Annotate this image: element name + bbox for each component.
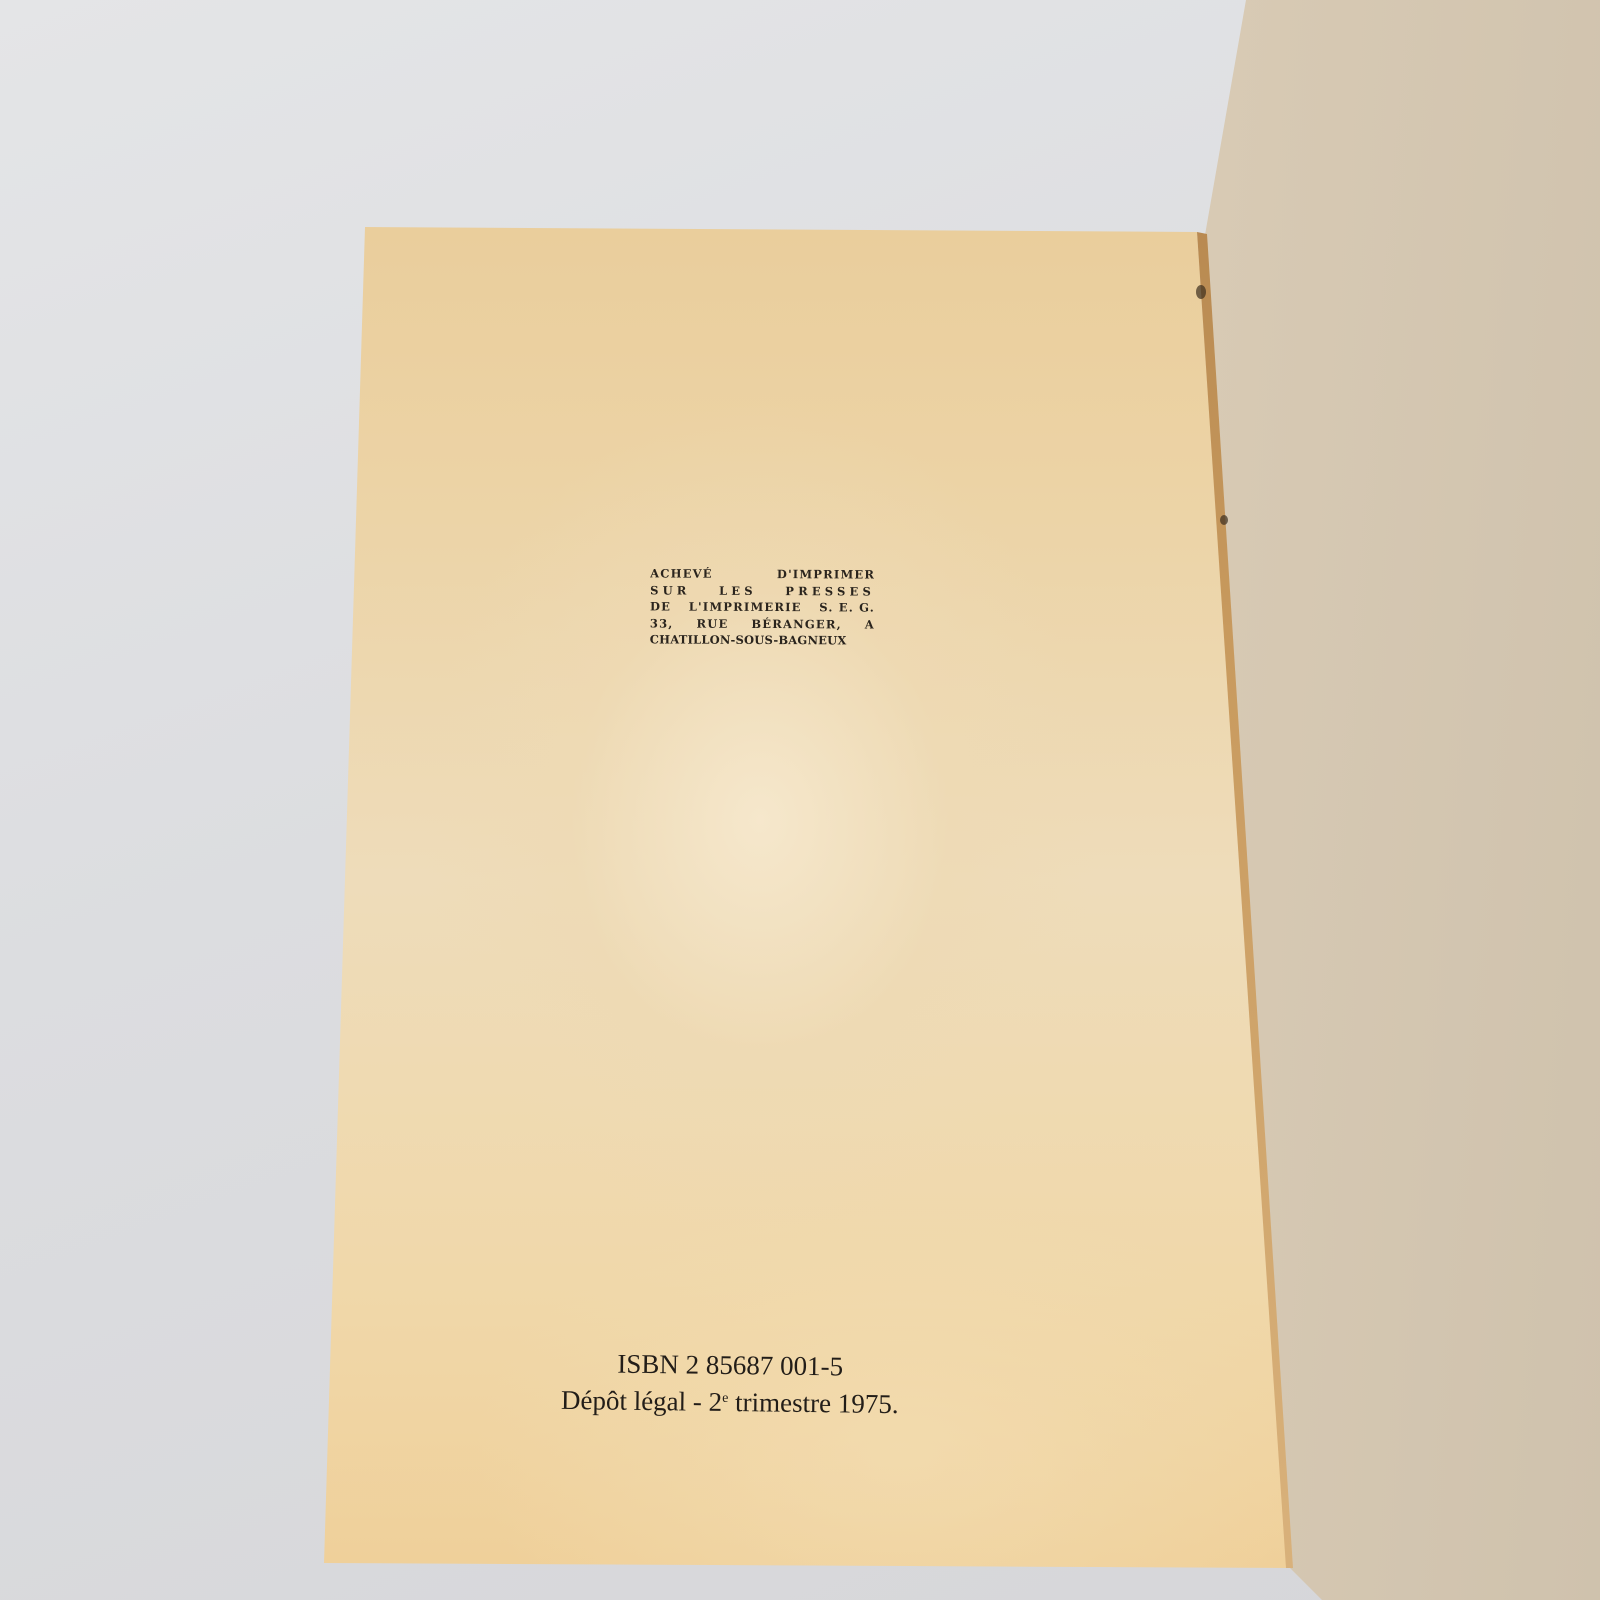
colophon-line: SUR LES PRESSES xyxy=(650,582,875,600)
colophon-word: CHATILLON-SOUS-BAGNEUX xyxy=(650,631,847,649)
colophon-word: DE xyxy=(650,598,671,615)
colophon-line: CHATILLON-SOUS-BAGNEUX xyxy=(650,631,875,649)
legal-deposit-block: ISBN 2 85687 001-5 Dépôt légal - 2e trim… xyxy=(520,1345,941,1421)
colophon-word: PRESSES xyxy=(785,583,875,600)
printer-colophon: ACHEVÉ D'IMPRIMER SUR LES PRESSES DE L'I… xyxy=(650,565,875,649)
colophon-word: ACHEVÉ xyxy=(650,565,713,582)
colophon-word: A xyxy=(865,616,875,633)
deposit-prefix: Dépôt légal - 2 xyxy=(561,1385,723,1417)
photo-scene: ACHEVÉ D'IMPRIMER SUR LES PRESSES DE L'I… xyxy=(0,0,1600,1600)
colophon-line: DE L'IMPRIMERIE S. E. G. xyxy=(650,598,875,616)
colophon-line: 33, RUE BÉRANGER, A xyxy=(650,615,875,633)
foxing-stain xyxy=(1220,515,1228,525)
colophon-word: BÉRANGER, xyxy=(751,615,842,632)
deposit-suffix: trimestre 1975. xyxy=(728,1387,899,1419)
colophon-line: ACHEVÉ D'IMPRIMER xyxy=(650,565,875,583)
colophon-word: L'IMPRIMERIE xyxy=(689,599,802,616)
colophon-word: S. E. G. xyxy=(819,599,875,616)
colophon-word: 33, xyxy=(650,615,674,632)
colophon-word: SUR xyxy=(650,582,691,599)
isbn-number: ISBN 2 85687 001-5 xyxy=(520,1345,940,1384)
colophon-word: D'IMPRIMER xyxy=(777,566,875,583)
colophon-word: LES xyxy=(719,582,757,599)
colophon-word: RUE xyxy=(696,615,728,632)
legal-deposit: Dépôt légal - 2e trimestre 1975. xyxy=(520,1379,940,1421)
foxing-stain xyxy=(1196,285,1206,299)
